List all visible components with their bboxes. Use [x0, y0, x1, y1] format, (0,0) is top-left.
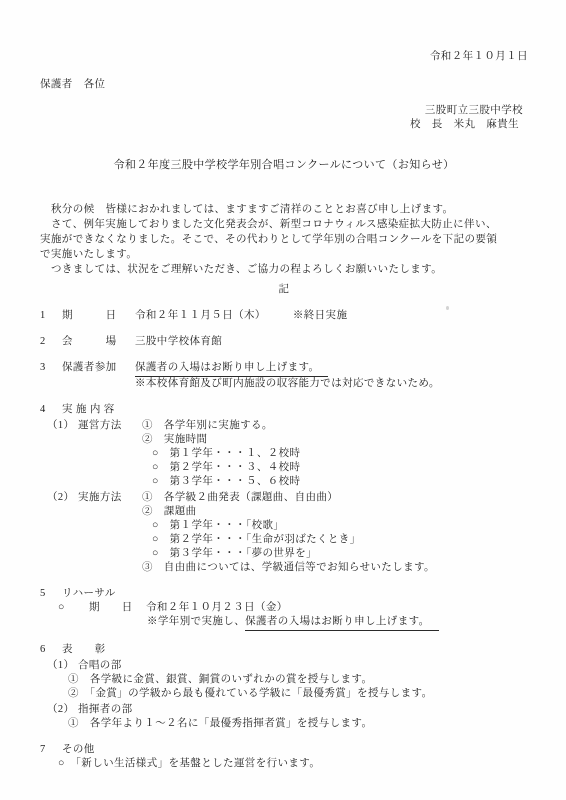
- sections-list: 1 期 日 令和２年１１月５日（木） ※終日実施 2 会 場 三股中学校体育館 …: [40, 309, 528, 771]
- section-label: 会 場: [62, 335, 135, 349]
- scan-speckle: [446, 306, 449, 310]
- greeting-paragraph: 秋分の候 皆様におかれましては、ますますご清祥のこととお喜び申し上げます。: [40, 202, 528, 217]
- section-label: その他: [62, 743, 95, 757]
- section-number: 7: [40, 743, 62, 757]
- sub-item-label: 運営方法: [78, 419, 142, 489]
- awards-chorus-header: （1） 合唱の部: [40, 659, 528, 673]
- section-label: リハーサル: [62, 587, 116, 601]
- schedule-line: ○ 第１学年・・・１、２校時: [142, 447, 528, 461]
- body-paragraphs: 秋分の候 皆様におかれましては、ますますご清祥のこととお喜び申し上げます。 さて…: [40, 202, 528, 277]
- section-6-awards: 6 表 彰 （1） 合唱の部 ① 各学級に金賞、銀賞、銅賞のいずれかの賞を授与し…: [40, 643, 528, 731]
- awards-chorus-lines: ① 各学級に金賞、銀賞、銅賞のいずれかの賞を授与します。 ② 「金賞」の学級から…: [40, 673, 528, 701]
- song-line: ○ 第１学年・・・「校歌」: [142, 519, 528, 533]
- section-4-sub-1: （1） 運営方法 ① 各学年別に実施する。 ② 実施時間 ○ 第１学年・・・１、…: [40, 419, 528, 489]
- section-content: 保護者の入場はお断り申し上げます。 ※本校体育館及び町内施設の収容能力では対応で…: [135, 361, 528, 391]
- event-date: 令和２年１１月５日（木）: [135, 310, 266, 321]
- section-7-header: 7 その他: [40, 743, 528, 757]
- sub-item-number: （1）: [47, 419, 78, 489]
- closing-paragraph: つきましては、状況をご理解いただき、ご協力の程よろしくお願いいたします。: [40, 262, 528, 277]
- section-4-header: 4 実 施 内 容: [40, 403, 528, 417]
- award-line: ① 各学年より１～２名に「最優秀指揮者賞」を授与します。: [68, 717, 528, 731]
- section-number: 1: [40, 309, 62, 323]
- section-content: 令和２年１１月５日（木） ※終日実施: [135, 309, 528, 323]
- section-5-rehearsal: 5 リハーサル ○ 期 日 令和２年１０月２３日（金） ※学年別で実施し、保護者…: [40, 587, 528, 631]
- sender-block: 三股町立三股中学校 校 長 米丸 麻貴生: [40, 104, 528, 132]
- section-number: 5: [40, 587, 62, 601]
- sub-item-label: 指揮者の部: [78, 703, 133, 717]
- other-note-line: ○ 「新しい生活様式」を基盤とした運営を行います。: [40, 757, 528, 771]
- section-7-other: 7 その他 ○ 「新しい生活様式」を基盤とした運営を行います。: [40, 743, 528, 771]
- section-2-venue: 2 会 場 三股中学校体育館: [40, 335, 528, 349]
- section-label: 表 彰: [62, 643, 106, 657]
- no-entry-statement: 保護者の入場はお断り申し上げます。: [135, 361, 328, 377]
- event-date-note: ※終日実施: [293, 310, 348, 321]
- addressee-line: 保護者 各位: [40, 78, 528, 92]
- record-marker: 記: [40, 283, 528, 297]
- body-paragraph-line: さて、例年実施しておりました文化発表会が、新型コロナウィルス感染症拡大防止に伴い…: [40, 217, 528, 232]
- section-4-contents: 4 実 施 内 容 （1） 運営方法 ① 各学年別に実施する。 ② 実施時間 ○…: [40, 403, 528, 575]
- section-4-sub-2: （2） 実施方法 ① 各学級２曲発表（課題曲、自由曲） ② 課題曲 ○ 第１学年…: [40, 491, 528, 575]
- sub-item-label: 合唱の部: [78, 659, 122, 673]
- body-paragraph-line: 実施ができなくなりました。そこで、その代わりとして学年別の合唱コンクールを下記の…: [40, 232, 528, 247]
- song-line: ○ 第２学年・・・「生命が羽ばたくとき」: [142, 533, 528, 547]
- rehearsal-date-label: 期 日: [89, 601, 146, 615]
- method-line: ① 各学級２曲発表（課題曲、自由曲）: [142, 491, 528, 505]
- section-number: 3: [40, 361, 62, 391]
- rehearsal-no-entry-statement: 保護者の入場はお断り申し上げます。: [245, 615, 438, 631]
- sub-item-content: ① 各学年別に実施する。 ② 実施時間 ○ 第１学年・・・１、２校時 ○ 第２学…: [142, 419, 528, 489]
- document-page: 令和２年１０月１日 保護者 各位 三股町立三股中学校 校 長 米丸 麻貴生 令和…: [0, 0, 566, 800]
- rehearsal-note: ※学年別で実施し、保護者の入場はお断り申し上げます。: [40, 615, 528, 631]
- award-line: ② 「金賞」の学級から最も優れている学級に「最優秀賞」を授与します。: [68, 687, 528, 701]
- method-line: ② 課題曲: [142, 505, 528, 519]
- notice-title: 令和２年度三股中学校学年別合唱コンクールについて（お知らせ）: [40, 158, 528, 172]
- awards-conductor-header: （2） 指揮者の部: [40, 703, 528, 717]
- rehearsal-date-value: 令和２年１０月２３日（金）: [146, 601, 288, 615]
- sub-item-number: （1）: [47, 659, 78, 673]
- section-3-parents: 3 保護者参加 保護者の入場はお断り申し上げます。 ※本校体育館及び町内施設の収…: [40, 361, 528, 391]
- schedule-line: ○ 第３学年・・・５、６校時: [142, 475, 528, 489]
- free-song-line: ③ 自由曲については、学級通信等でお知らせいたします。: [142, 561, 528, 575]
- section-label: 実 施 内 容: [62, 403, 115, 417]
- schedule-line: ○ 第２学年・・・３、４校時: [142, 461, 528, 475]
- sub-item-content: ① 各学級２曲発表（課題曲、自由曲） ② 課題曲 ○ 第１学年・・・「校歌」 ○…: [142, 491, 528, 575]
- section-number: 6: [40, 643, 62, 657]
- song-line: ○ 第３学年・・・「夢の世界を」: [142, 547, 528, 561]
- sender-principal: 校 長 米丸 麻貴生: [40, 118, 523, 132]
- section-number: 4: [40, 403, 62, 417]
- method-line: ② 実施時間: [142, 433, 528, 447]
- section-label: 保護者参加: [62, 361, 135, 391]
- awards-conductor-lines: ① 各学年より１～２名に「最優秀指揮者賞」を授与します。: [40, 717, 528, 731]
- sub-item-number: （2）: [47, 491, 78, 575]
- section-label: 期 日: [62, 309, 135, 323]
- section-6-header: 6 表 彰: [40, 643, 528, 657]
- sender-school: 三股町立三股中学校: [40, 104, 523, 118]
- method-line: ① 各学年別に実施する。: [142, 419, 528, 433]
- sub-item-number: （2）: [47, 703, 78, 717]
- section-5-header: 5 リハーサル: [40, 587, 528, 601]
- document-date: 令和２年１０月１日: [40, 50, 528, 64]
- body-paragraph-line: で実施いたします。: [40, 247, 528, 262]
- section-1-date: 1 期 日 令和２年１１月５日（木） ※終日実施: [40, 309, 528, 323]
- no-entry-reason: ※本校体育館及び町内施設の収容能力では対応できないため。: [135, 377, 528, 391]
- bullet-circle: ○: [58, 601, 89, 615]
- rehearsal-date-row: ○ 期 日 令和２年１０月２３日（金）: [40, 601, 528, 615]
- venue-name: 三股中学校体育館: [135, 335, 528, 349]
- sub-item-label: 実施方法: [78, 491, 142, 575]
- section-number: 2: [40, 335, 62, 349]
- award-line: ① 各学級に金賞、銀賞、銅賞のいずれかの賞を授与します。: [68, 673, 528, 687]
- rehearsal-note-prefix: ※学年別で実施し、: [147, 616, 245, 627]
